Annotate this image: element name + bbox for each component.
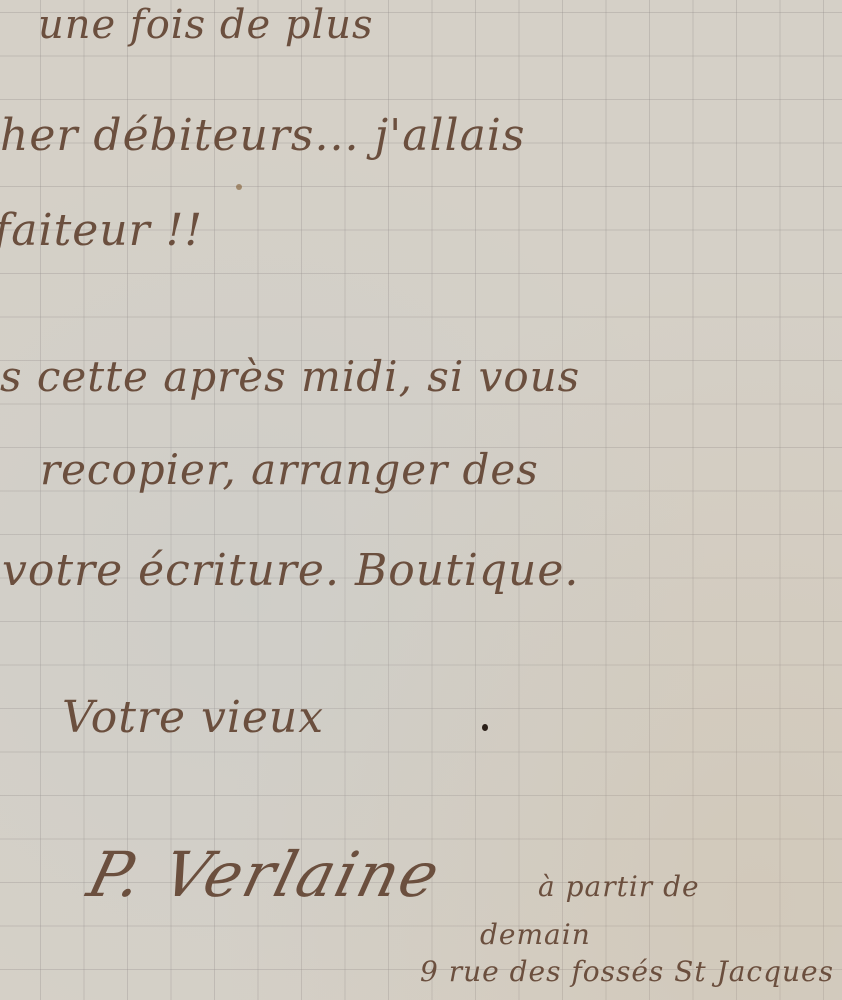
letter-line-2: her débiteurs... j'allais bbox=[0, 110, 525, 161]
letter-line-5: recopier, arranger des bbox=[40, 445, 539, 494]
paper-stain bbox=[236, 184, 242, 190]
signature: P. Verlaine bbox=[81, 838, 448, 911]
letter-line-3: faiteur !! bbox=[0, 205, 203, 256]
letter-line-4: s cette après midi, si vous bbox=[0, 352, 580, 401]
letter-line-6: votre écriture. Boutique. bbox=[2, 545, 579, 596]
postscript-address: 9 rue des fossés St Jacques bbox=[420, 955, 834, 988]
ink-dot bbox=[482, 724, 488, 731]
letter-closing: Votre vieux bbox=[62, 692, 324, 743]
postscript-line-2: demain bbox=[480, 918, 591, 951]
handwritten-letter: une fois de plus her débiteurs... j'alla… bbox=[0, 0, 842, 1000]
postscript-line-1: à partir de bbox=[538, 870, 700, 903]
letter-line-1: une fois de plus bbox=[38, 2, 374, 48]
